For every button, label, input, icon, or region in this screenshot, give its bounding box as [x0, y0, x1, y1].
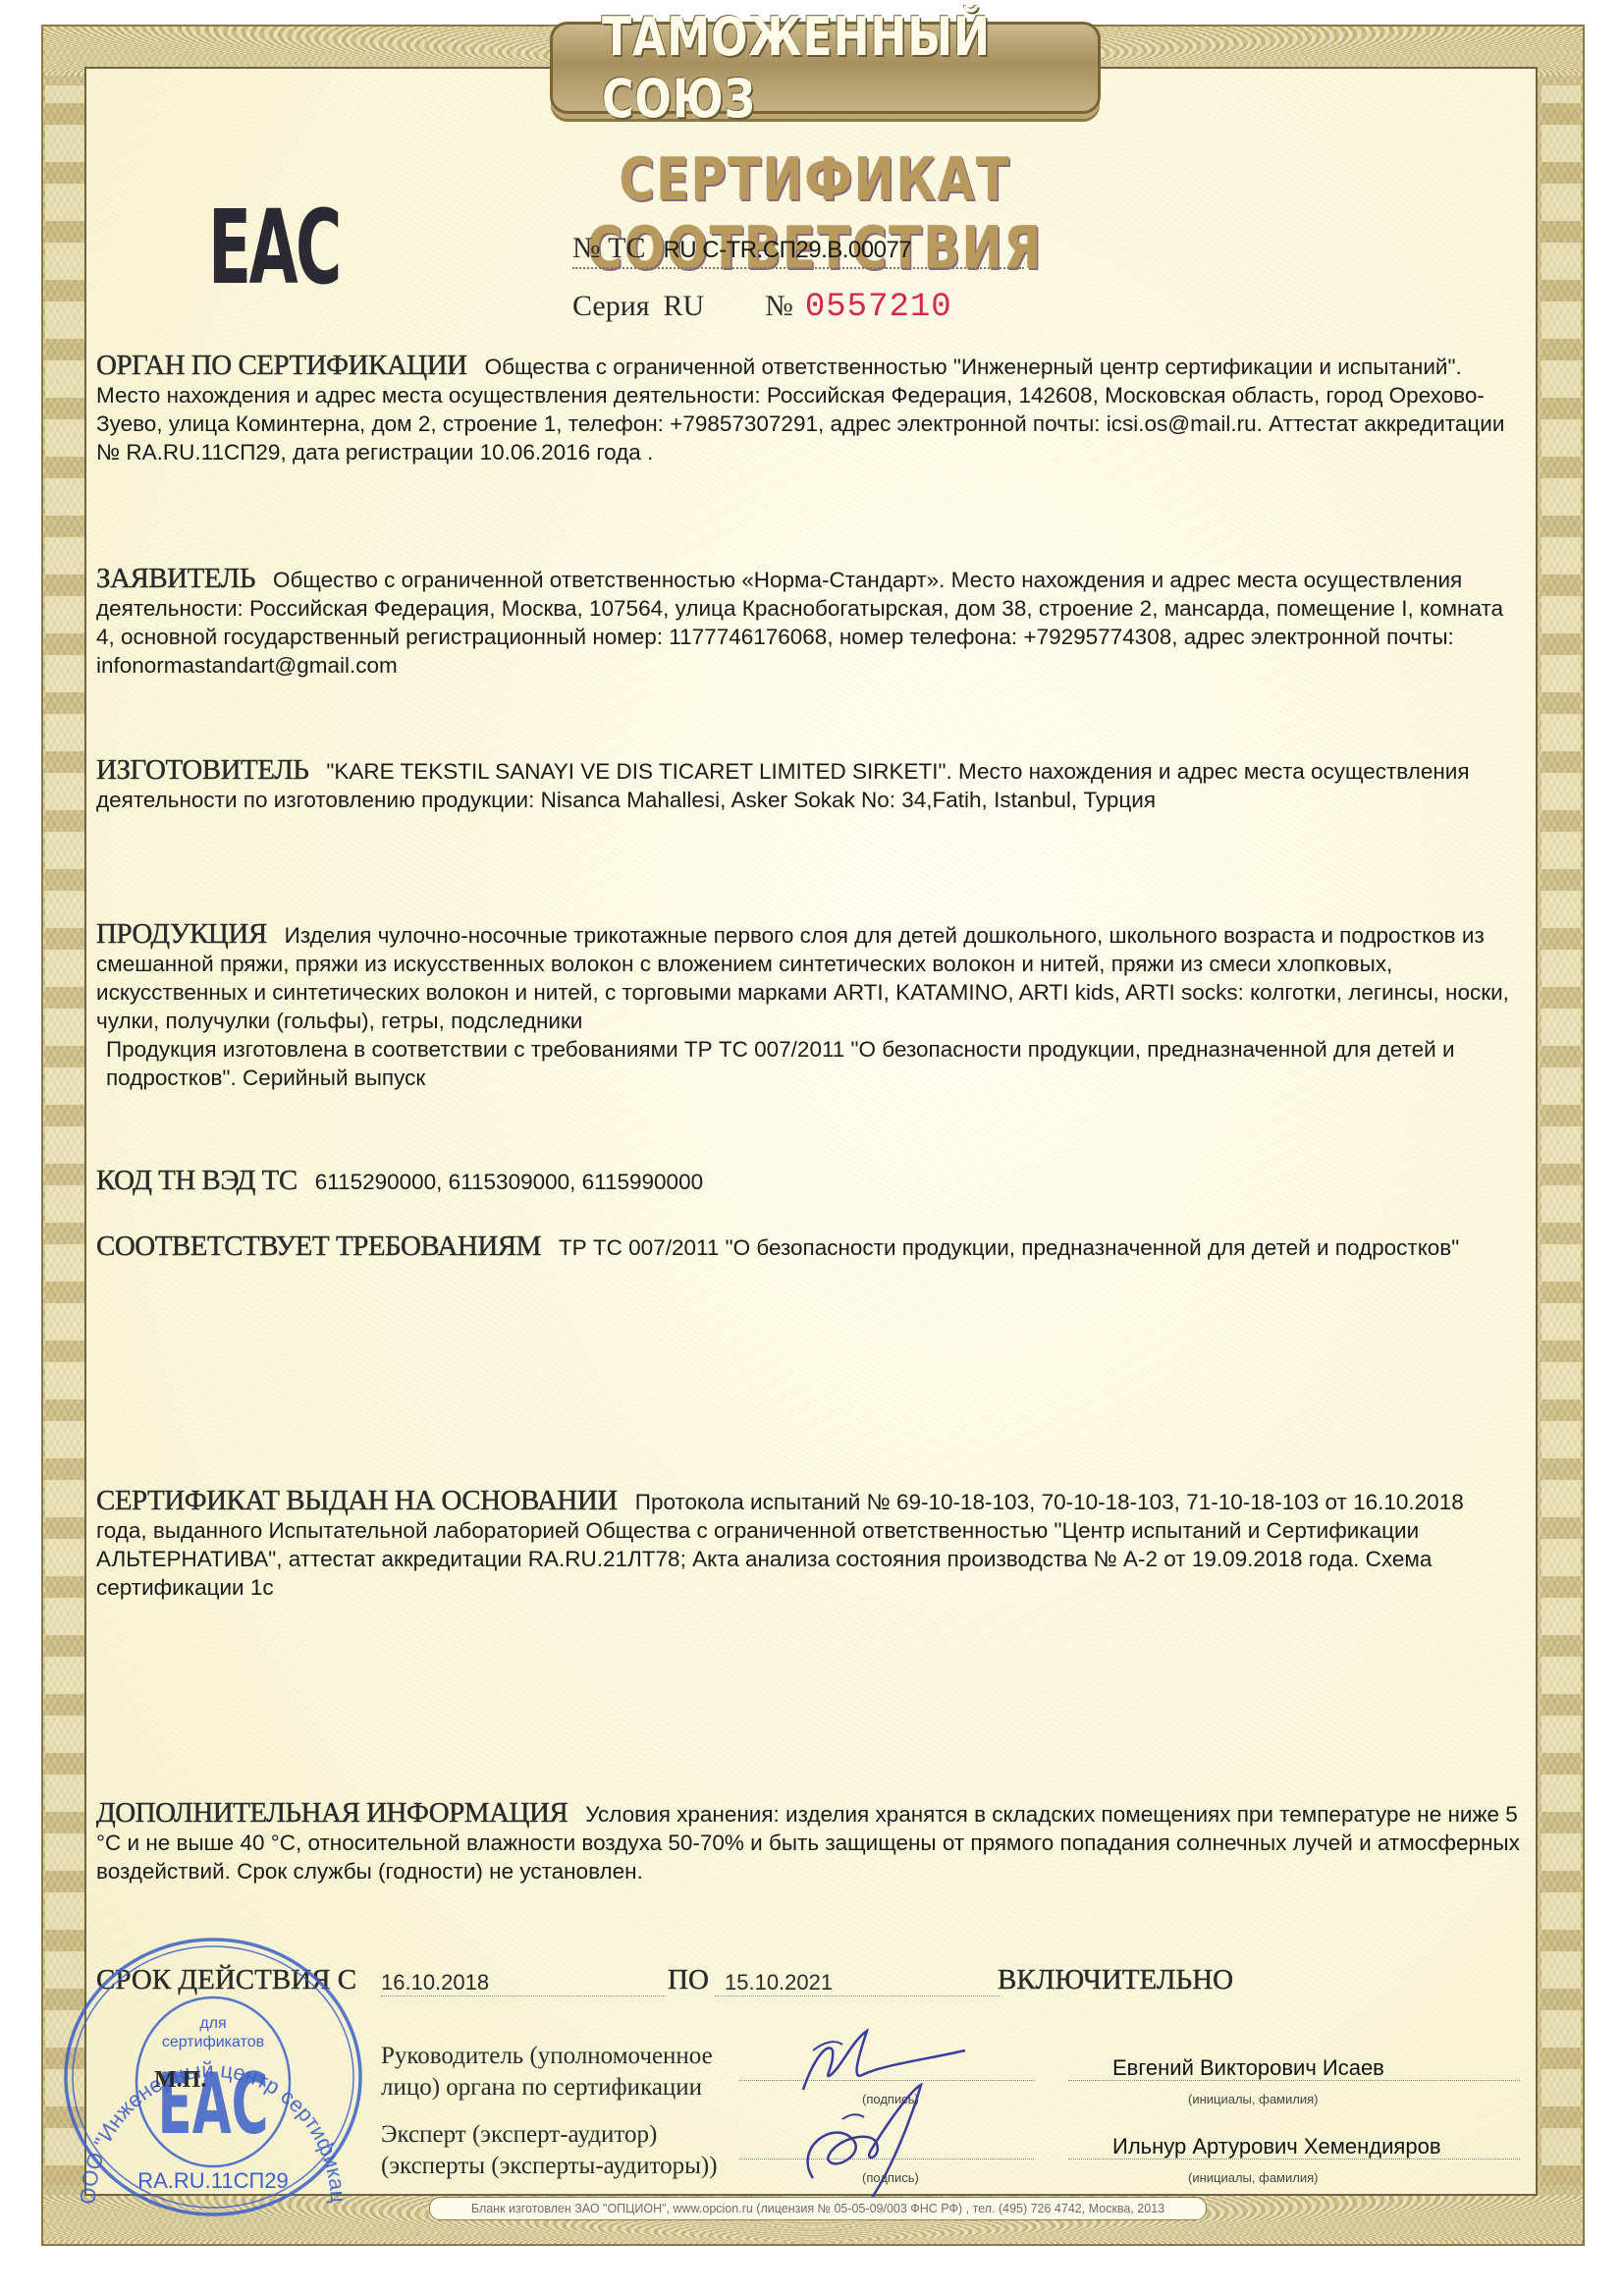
section-tn-ved-code: КОД ТН ВЭД ТС6115290000, 6115309000, 611…: [96, 1167, 1520, 1196]
section-heading: ИЗГОТОВИТЕЛЬ: [96, 754, 308, 786]
section-text-secondary: Продукция изготовлена в соответствии с т…: [96, 1035, 1520, 1092]
blank-number: 0557210: [805, 289, 952, 326]
section-certification-body: ОРГАН ПО СЕРТИФИКАЦИИОбщества с ограниче…: [96, 352, 1520, 466]
section-heading: ЗАЯВИТЕЛЬ: [96, 563, 255, 594]
handwritten-signature-icon: [774, 2080, 970, 2208]
validity-from-date: 16.10.2018: [381, 1970, 666, 1996]
section-additional-info: ДОПОЛНИТЕЛЬНАЯ ИНФОРМАЦИЯУсловия хранени…: [96, 1799, 1520, 1886]
svg-text:RA.RU.11СП29: RA.RU.11СП29: [137, 2168, 289, 2193]
eac-logo-icon: EAC: [208, 196, 340, 299]
series-label: Серия: [572, 290, 650, 323]
name-caption: (инициалы, фамилия): [1188, 2162, 1318, 2194]
section-heading: ОРГАН ПО СЕРТИФИКАЦИИ: [96, 350, 467, 381]
section-heading: СЕРТИФИКАТ ВЫДАН НА ОСНОВАНИИ: [96, 1485, 618, 1516]
signatory-name: Ильнур Артурович Хемендияров: [1112, 2131, 1441, 2162]
section-product: ПРОДУКЦИЯИзделия чулочно-носочные трикот…: [96, 920, 1520, 1092]
section-text: Изделия чулочно-носочные трикотажные пер…: [96, 923, 1509, 1033]
section-text: 6115290000, 6115309000, 6115990000: [315, 1170, 703, 1194]
section-heading: СООТВЕТСТВУЕТ ТРЕБОВАНИЯМ: [96, 1230, 541, 1262]
signatory-role: Эксперт (эксперт-аудитор) (эксперты (экс…: [381, 2119, 744, 2182]
certificate-number-value: RU C-TR.СП29.В.00077: [663, 237, 911, 264]
blank-number-label: №: [765, 290, 793, 323]
signatory-name: Евгений Викторович Исаев: [1112, 2052, 1384, 2084]
name-caption: (инициалы, фамилия): [1188, 2084, 1318, 2115]
svg-text:сертификатов: сертификатов: [162, 2034, 264, 2050]
section-issued-basis: СЕРТИФИКАТ ВЫДАН НА ОСНОВАНИИПротокола и…: [96, 1487, 1520, 1602]
section-heading: ДОПОЛНИТЕЛЬНАЯ ИНФОРМАЦИЯ: [96, 1797, 568, 1829]
series-value: RU: [664, 290, 705, 323]
section-text: Общество с ограниченной ответственностью…: [96, 568, 1503, 678]
signatory-role: Руководитель (уполномоченное лицо) орган…: [381, 2041, 744, 2104]
certification-stamp-icon: ООО "Инженерный центр сертификации и исп…: [41, 1925, 385, 2219]
printer-info: Бланк изготовлен ЗАО "ОПЦИОН", www.opcio…: [429, 2197, 1207, 2220]
section-conforms: СООТВЕТСТВУЕТ ТРЕБОВАНИЯМТР ТС 007/2011 …: [96, 1232, 1520, 1262]
customs-union-text: ТАМОЖЕННЫЙ СОЮЗ: [602, 6, 1049, 130]
section-heading: КОД ТН ВЭД ТС: [96, 1165, 298, 1196]
validity-to-date: 15.10.2021: [715, 1970, 1000, 1996]
section-manufacturer: ИЗГОТОВИТЕЛЬ"KARE TEKSTIL SANAYI VE DIS …: [96, 756, 1520, 814]
border-ornament-right: [1542, 85, 1581, 2185]
section-applicant: ЗАЯВИТЕЛЬОбщество с ограниченной ответст…: [96, 565, 1520, 680]
border-ornament-left: [45, 85, 84, 2185]
certificate-number-label: № ТС: [572, 232, 645, 265]
svg-text:для: для: [199, 2015, 226, 2032]
customs-union-banner: ТАМОЖЕННЫЙ СОЮЗ: [550, 22, 1101, 114]
validity-to-label: ПО: [668, 1964, 709, 1996]
series-row: Серия RU № 0557210: [572, 289, 952, 326]
validity-inclusive: ВКЛЮЧИТЕЛЬНО: [998, 1964, 1233, 1996]
section-heading: ПРОДУКЦИЯ: [96, 918, 267, 950]
section-text: ТР ТС 007/2011 "О безопасности продукции…: [559, 1235, 1459, 1260]
seal-place-label: М.П.: [154, 2067, 206, 2094]
certificate-number: № ТС RU C-TR.СП29.В.00077: [572, 232, 1024, 269]
